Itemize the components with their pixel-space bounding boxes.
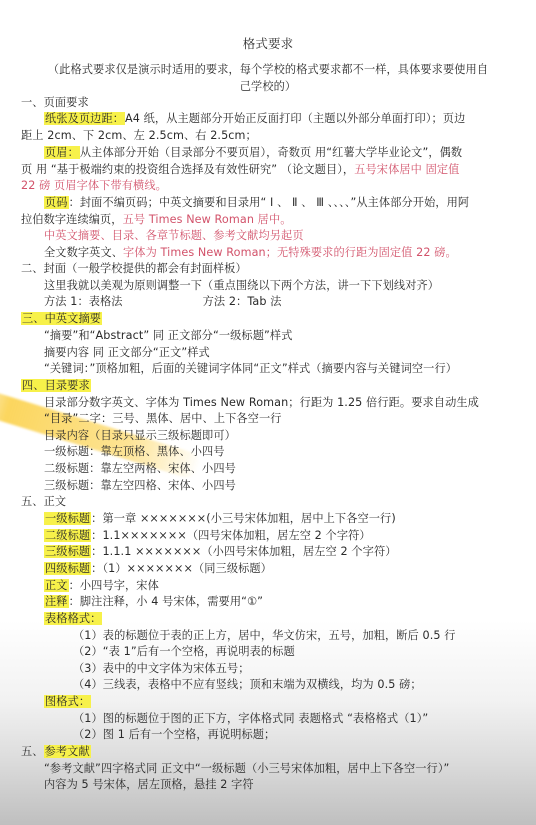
references-text-1: “参考文献”四字格式同 正文中“一级标题（小三号宋体加粗，居中上下各空一行）” bbox=[44, 761, 449, 777]
references-heading: 五、参考文献 bbox=[21, 744, 91, 760]
toc-text-4: 一级标题：靠左顶格、黑体、小四号 bbox=[44, 444, 225, 460]
method-1: 方法 1：表格法 bbox=[44, 295, 123, 308]
h2-label: 二级标题 bbox=[44, 529, 91, 542]
section-3-heading: 三、中英文摘要 bbox=[21, 311, 102, 327]
header-label: 页眉： bbox=[44, 146, 80, 159]
header-text-2a: 页 用 “基于极端约束的投资组合选择及有效性研究” （论文题目）， bbox=[21, 163, 354, 176]
header-text-2b: 五号宋体居中 固定值 bbox=[354, 163, 459, 176]
references-prefix: 五、 bbox=[21, 745, 44, 758]
h2-text: ：1.1×××××××（四号宋体加粗，居左空 2 个字符） bbox=[91, 529, 371, 542]
references-label: 参考文献 bbox=[44, 745, 91, 758]
abstract-text-3: “关键词：”顶格加粗，后面的关键词字体同“正文”样式（摘要内容与关键词空一行） bbox=[44, 361, 457, 377]
abstract-text-1: “摘要”和“Abstract” 同 正文部分“一级标题”样式 bbox=[44, 328, 292, 344]
h2-line: 二级标题：1.1×××××××（四号宋体加粗，居左空 2 个字符） bbox=[44, 528, 371, 544]
body-text: ：小四号字，宋体 bbox=[69, 579, 159, 592]
paper-line-2: 距上 2cm、下 2cm、左 2.5cm、右 2.5cm； bbox=[21, 128, 257, 144]
table-format-label: 表格格式： bbox=[44, 612, 102, 625]
references-text-2: 内容为 5 号宋体，居左顶格，悬挂 2 字符 bbox=[44, 777, 254, 793]
body-line: 正文：小四号字，宋体 bbox=[44, 578, 159, 594]
h1-label: 一级标题 bbox=[44, 512, 91, 525]
paper-text: A4 纸，从主题部分开始正反面打印（主题以外部分单面打印）；页边 bbox=[125, 112, 465, 125]
paper-line: 纸张及页边距：A4 纸，从主题部分开始正反面打印（主题以外部分单面打印）；页边 bbox=[44, 111, 465, 127]
table-item-4: （4）三线表，表格中不应有竖线；顶和末端为双横线，均为 0.5 磅； bbox=[73, 677, 422, 693]
figure-format-heading: 图格式： bbox=[44, 694, 91, 710]
h1-text: ：第一章 ×××××××(小三号宋体加粗，居中上下各空一行) bbox=[91, 512, 396, 525]
h4-line: 四级标题：（1）×××××××（同三级标题） bbox=[44, 561, 272, 577]
font-text-b: 字体为 Times New Roman；无特殊要求的行距为固定值 22 磅。 bbox=[123, 246, 457, 259]
figure-item-1: （1）图的标题位于图的正下方，字体格式同 表题格式 “表格格式（1）” bbox=[73, 711, 428, 727]
body-label: 正文 bbox=[44, 579, 69, 592]
section-1-heading: 一、页面要求 bbox=[21, 95, 89, 111]
header-text: 从主体部分开始（目录部分不要页眉），奇数页 用“红薯大学毕业论文”，偶数 bbox=[80, 146, 462, 159]
table-item-1: （1）表的标题位于表的正上方，居中，华文仿宋，五号，加粗，断后 0.5 行 bbox=[73, 628, 456, 644]
figure-item-2: （2）图 1 后有一个空格，再说明标题； bbox=[73, 727, 275, 743]
section-4-heading-text: 四、目录要求 bbox=[21, 379, 91, 392]
document-page: 格式要求 （此格式要求仅是演示时适用的要求，每个学校的格式要求都不一样，具体要求… bbox=[0, 0, 536, 825]
pagenum-line-2: 拉伯数字连续编页，五号 Times New Roman 居中。 bbox=[21, 212, 292, 228]
subtitle-line-1: （此格式要求仅是演示时适用的要求，每个学校的格式要求都不一样，具体要求要使用自 bbox=[0, 62, 536, 78]
note-line: 注释：脚注注释，小 4 号宋体，需要用“①” bbox=[44, 594, 263, 610]
font-line: 全文数字英文、字体为 Times New Roman；无特殊要求的行距为固定值 … bbox=[44, 245, 457, 261]
note-label: 注释 bbox=[44, 595, 69, 608]
section-3-heading-text: 三、中英文摘要 bbox=[21, 312, 102, 325]
abstract-text-2: 摘要内容 同 正文部分“正文”样式 bbox=[44, 345, 210, 361]
method-2: 方法 2：Tab 法 bbox=[203, 295, 282, 308]
table-format-heading: 表格格式： bbox=[44, 611, 102, 627]
h1-line: 一级标题：第一章 ×××××××(小三号宋体加粗，居中上下各空一行) bbox=[44, 511, 396, 527]
font-text-a: 全文数字英文、 bbox=[44, 246, 123, 259]
toc-text-6: 三级标题：靠左空四格、宋体、小四号 bbox=[44, 478, 236, 494]
h3-label: 三级标题 bbox=[44, 545, 91, 558]
pagenum-label: 页码 bbox=[44, 196, 69, 209]
pagenum-text-2b: 五号 Times New Roman 居中。 bbox=[123, 213, 292, 226]
section-5-heading: 五、正文 bbox=[21, 494, 66, 510]
toc-text-2: “目录”二字：三号、黑体、居中、上下各空一行 bbox=[44, 411, 282, 427]
cover-text: 这里我就以美观为原则调整一下（重点围绕以下两个方法，讲一下下划线对齐） bbox=[44, 278, 439, 294]
note-text: ：脚注注释，小 4 号宋体，需要用“①” bbox=[69, 595, 263, 608]
subtitle-line-2: 己学校的） bbox=[0, 79, 536, 95]
header-line: 页眉：从主体部分开始（目录部分不要页眉），奇数页 用“红薯大学毕业论文”，偶数 bbox=[44, 145, 462, 161]
pagenum-text-2a: 拉伯数字连续编页， bbox=[21, 213, 123, 226]
pagenum-text: ：封面不编页码；中英文摘要和目录用“ Ⅰ 、 Ⅱ 、 Ⅲ 、、、、”从主体部分开… bbox=[69, 196, 470, 209]
toc-text-3: 目录内容（目录只显示三级标题即可） bbox=[44, 428, 236, 444]
figure-format-label: 图格式： bbox=[44, 695, 91, 708]
table-item-2: （2）“表 1”后有一个空格，再说明表的标题 bbox=[73, 644, 295, 660]
h3-text: ：1.1.1 ×××××××（小四号宋体加粗，居左空 2 个字符） bbox=[91, 545, 396, 558]
table-item-3: （3）表中的中文字体为宋体五号； bbox=[73, 661, 250, 677]
newpage-line: 中英文摘要、目录、各章节标题、参考文献均另起页 bbox=[44, 228, 304, 244]
toc-text-1: 目录部分数字英文、字体为 Times New Roman；行距为 1.25 倍行… bbox=[44, 395, 479, 411]
h4-label: 四级标题 bbox=[44, 562, 91, 575]
section-4-heading: 四、目录要求 bbox=[21, 378, 91, 394]
header-line-2: 页 用 “基于极端约束的投资组合选择及有效性研究” （论文题目），五号宋体居中 … bbox=[21, 162, 459, 178]
cover-methods: 方法 1：表格法方法 2：Tab 法 bbox=[44, 294, 282, 310]
h3-line: 三级标题：1.1.1 ×××××××（小四号宋体加粗，居左空 2 个字符） bbox=[44, 544, 397, 560]
paper-label: 纸张及页边距： bbox=[44, 112, 125, 125]
h4-text: ：（1）×××××××（同三级标题） bbox=[91, 562, 272, 575]
section-2-heading: 二、封面（一般学校提供的都会有封面样板） bbox=[21, 261, 247, 277]
header-line-3: 22 磅 页眉字体下带有横线。 bbox=[21, 178, 167, 194]
page-title: 格式要求 bbox=[0, 36, 536, 52]
toc-text-5: 二级标题：靠左空两格、宋体、小四号 bbox=[44, 461, 236, 477]
pagenum-line: 页码：封面不编页码；中英文摘要和目录用“ Ⅰ 、 Ⅱ 、 Ⅲ 、、、、”从主体部… bbox=[44, 195, 469, 211]
